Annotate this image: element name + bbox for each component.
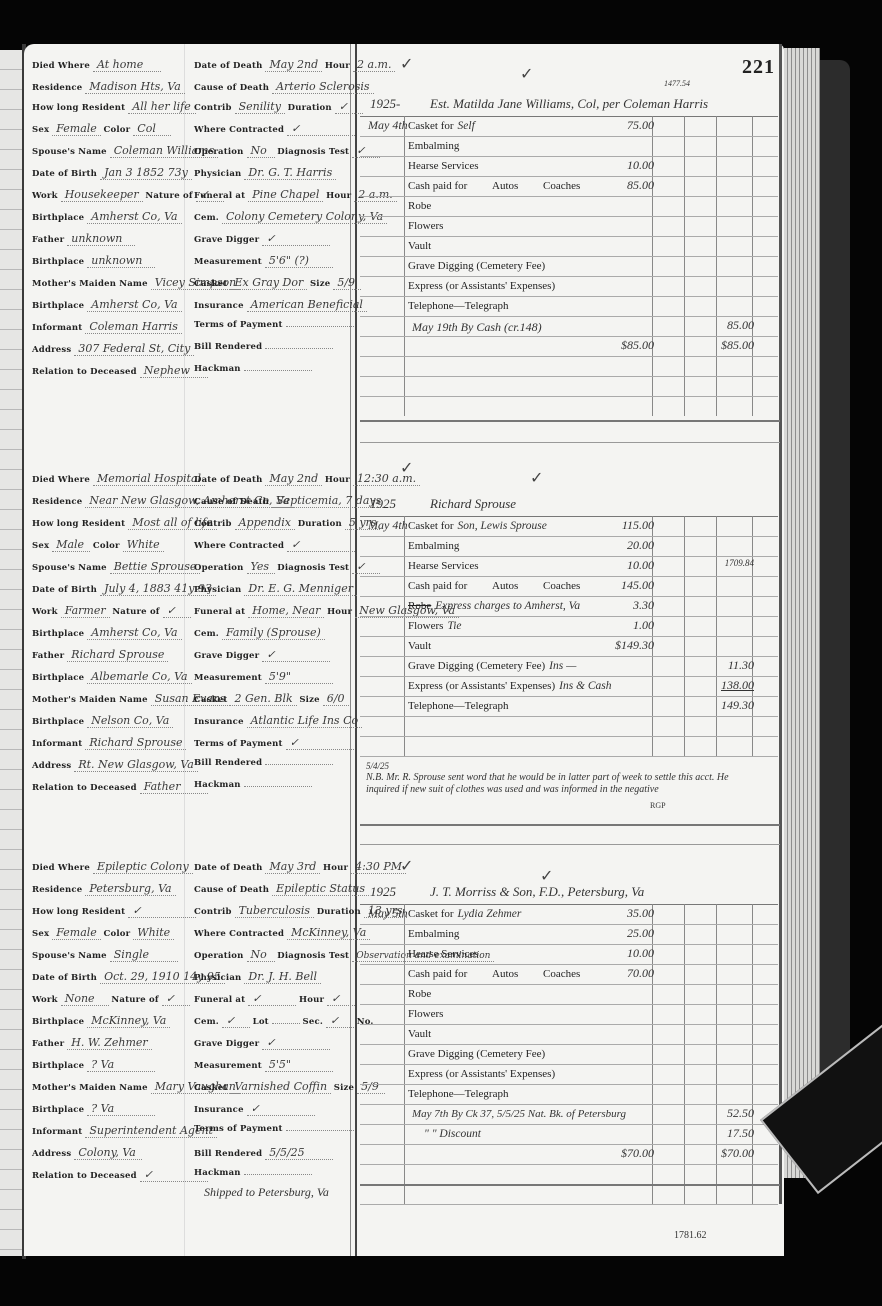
ledger-row-totals: $70.00$70.00 <box>360 1144 778 1165</box>
bill-rendered-field: Bill Rendered <box>194 342 333 352</box>
page-number: 221 <box>742 56 775 79</box>
ledger-row-payment: May 19th By Cash (cr.148)85.00 <box>360 316 778 337</box>
ledger-row-cash: Cash paid for Autos Coaches85.00 <box>360 176 778 197</box>
father-field: FatherH. W. Zehmer <box>32 1036 152 1050</box>
cause-field: Cause of DeathSepticemia, 7 days <box>194 494 385 508</box>
entry-separator <box>360 824 780 826</box>
measurement-field: Measurement5'5" <box>194 1058 333 1072</box>
checkmark-icon: ✓ <box>530 468 543 488</box>
ledger-row-vault: Vault$149.30 <box>360 636 778 657</box>
entry-separator <box>360 420 780 422</box>
ledger-row-embalming: Embalming <box>360 136 778 157</box>
informant-field: InformantRichard Sprouse <box>32 736 186 750</box>
ledger-title: 1925-Est. Matilda Jane Williams, Col, pe… <box>360 94 778 117</box>
died-where-field: Died WhereMemorial Hospital <box>32 472 205 486</box>
ledger-row-hearse: Hearse Services10.00 <box>360 156 778 177</box>
hackman-field: Hackman <box>194 364 312 374</box>
ledger-page: 221 1477.54 Died WhereAt home ResidenceM… <box>24 44 784 1256</box>
previous-page-edge <box>0 50 22 1256</box>
checkmark-icon: ✓ <box>400 856 413 876</box>
relation-field: Relation to DeceasedNephew <box>32 364 208 378</box>
where-contracted-field: Where Contracted✓ <box>194 122 355 136</box>
insurance-field: InsuranceAmerican Beneficial <box>194 298 367 312</box>
page-footer-total: 1781.62 <box>674 1230 707 1242</box>
ledger-row-telephone: Telephone—Telegraph <box>360 296 778 317</box>
ledger-row-discount: " " Discount17.50 <box>360 1124 778 1145</box>
spouse-field: Spouse's NameSingle <box>32 948 178 962</box>
informant-field: InformantSuperintendent Agent <box>32 1124 217 1138</box>
physician-field: PhysicianDr. G. T. Harris <box>194 166 336 180</box>
operation-field: OperationNo Diagnosis Test✓ <box>194 144 380 158</box>
entry-separator <box>360 1184 780 1186</box>
ledger-row-flowers: Flowers <box>360 1004 778 1025</box>
account-note: N.B. Mr. R. Sprouse sent word that he wo… <box>366 772 746 796</box>
cause-field: Cause of DeathArterio Sclerosis <box>194 80 374 94</box>
ledger-row-grave: Grave Digging (Cemetery Fee) <box>360 1044 778 1065</box>
ledger-account-3: ✓ ✓ 1925J. T. Morriss & Son, F.D., Peter… <box>360 872 778 1202</box>
how-long-field: How long ResidentMost all of life <box>32 516 217 530</box>
father-field: Fatherunknown <box>32 232 135 246</box>
grave-digger-field: Grave Digger✓ <box>194 232 330 246</box>
died-where-field: Died WhereAt home <box>32 58 161 72</box>
ledger-row-embalming: Embalming25.00 <box>360 924 778 945</box>
ledger-row-flowers: Flowers <box>360 216 778 237</box>
informant-field: InformantColeman Harris <box>32 320 182 334</box>
hackman-field: Hackman <box>194 1168 312 1178</box>
page-top-note: 1477.54 <box>664 78 690 90</box>
spouse-field: Spouse's NameBettie Sprouse <box>32 560 200 574</box>
terms-field: Terms of Payment <box>194 320 354 330</box>
ledger-row-robe: Robe <box>360 984 778 1005</box>
ledger-row-blank <box>360 716 778 737</box>
grave-digger-field: Grave Digger✓ <box>194 1036 330 1050</box>
sex-field: SexFemale ColorWhite <box>32 926 174 940</box>
ledger-row-robe: RobeExpress charges to Amherst, Va3.30 <box>360 596 778 617</box>
ledger-row-totals: $85.00$85.00 <box>360 336 778 357</box>
grave-digger-field: Grave Digger✓ <box>194 648 330 662</box>
dob-field: Date of BirthJuly 4, 1883 41y 93 <box>32 582 216 596</box>
ledger-row-telephone: Telephone—Telegraph <box>360 1084 778 1105</box>
entry-separator <box>360 844 780 845</box>
hackman-note: Shipped to Petersburg, Va <box>204 1186 329 1198</box>
note-initials: RGP <box>650 800 666 812</box>
ledger-row-cash: Cash paid for Autos Coaches70.00 <box>360 964 778 985</box>
operation-field: OperationYes Diagnosis Test✓ <box>194 560 380 574</box>
physician-field: PhysicianDr. J. H. Bell <box>194 970 321 984</box>
date-of-death-field: Date of DeathMay 2nd Hour2 a.m. <box>194 58 395 72</box>
bill-rendered-field: Bill Rendered <box>194 758 333 768</box>
work-field: WorkFarmer Nature of✓ <box>32 604 191 618</box>
mother-birthplace-field: Birthplace? Va <box>32 1102 155 1116</box>
ledger-row-blank <box>360 356 778 377</box>
ledger-row-telephone: Telephone—Telegraph149.30 <box>360 696 778 717</box>
how-long-field: How long Resident✓ <box>32 904 196 918</box>
measurement-field: Measurement5'9" <box>194 670 333 684</box>
ledger-row-payment: May 7th By Ck 37, 5/5/25 Nat. Bk. of Pet… <box>360 1104 778 1125</box>
checkmark-icon: ✓ <box>400 54 413 74</box>
ledger-row-cash: Cash paid for Autos Coaches145.00 <box>360 576 778 597</box>
dob-field: Date of BirthJan 3 1852 73y <box>32 166 192 180</box>
entry-separator <box>360 442 780 443</box>
ledger-row-vault: Vault <box>360 236 778 257</box>
address-field: AddressColony, Va <box>32 1146 142 1160</box>
ledger-row-grave: Grave Digging (Cemetery Fee) <box>360 256 778 277</box>
book-cover-edge <box>820 60 850 1170</box>
casket-field: CasketVarnished Coffin Size5/9 <box>194 1080 385 1094</box>
insurance-field: InsuranceAtlantic Life Ins Co <box>194 714 362 728</box>
father-birthplace-field: BirthplaceAlbemarle Co, Va <box>32 670 192 684</box>
where-contracted-field: Where ContractedMcKinney, Va <box>194 926 370 940</box>
ledger-title: 1925J. T. Morriss & Son, F.D., Petersbur… <box>360 882 778 905</box>
died-where-field: Died WhereEpileptic Colony <box>32 860 193 874</box>
sex-field: SexMale ColorWhite <box>32 538 164 552</box>
address-field: AddressRt. New Glasgow, Va <box>32 758 198 772</box>
casket-field: CasketEx Gray Dor Size5/9 <box>194 276 361 290</box>
bill-rendered-field: Bill Rendered5/5/25 <box>194 1146 333 1160</box>
ledger-row-hearse: Hearse Services10.001709.84 <box>360 556 778 577</box>
ledger-row-hearse: Hearse Services10.00 <box>360 944 778 965</box>
cause-field: Cause of DeathEpileptic Status <box>194 882 369 896</box>
ledger-row-grave: Grave Digging (Cemetery Fee)Ins —11.30 <box>360 656 778 677</box>
address-field: Address307 Federal St, City <box>32 342 194 356</box>
ledger-row-express: Express (or Assistants' Expenses) <box>360 276 778 297</box>
column-divider <box>350 44 351 1256</box>
ledger-row-flowers: FlowersTie1.00 <box>360 616 778 637</box>
cemetery-field: Cem.Family (Sprouse) <box>194 626 325 640</box>
physician-field: PhysicianDr. E. G. Menniger <box>194 582 357 596</box>
ledger-row-blank <box>360 1164 778 1185</box>
checkmark-icon: ✓ <box>400 458 413 478</box>
residence-field: ResidencePetersburg, Va <box>32 882 176 896</box>
mother-birthplace-field: BirthplaceNelson Co, Va <box>32 714 173 728</box>
ledger-account-2: ✓ ✓ 1925Richard Sprouse May 4thCasket fo… <box>360 484 778 814</box>
sex-field: SexFemale ColorCol <box>32 122 171 136</box>
ledger-row-casket: May 4thCasket forSelf75.00 <box>360 116 778 137</box>
ledger-row-blank <box>360 1184 778 1205</box>
ledger-row-robe: Robe <box>360 196 778 217</box>
checkmark-icon: ✓ <box>520 64 533 84</box>
ledger-row-casket: May 5thCasket forLydia Zehmer35.00 <box>360 904 778 925</box>
ledger-row-casket: May 4thCasket forSon, Lewis Sprouse115.0… <box>360 516 778 537</box>
ledger-row-blank <box>360 736 778 757</box>
father-birthplace-field: Birthplace? Va <box>32 1058 155 1072</box>
birthplace-field: BirthplaceAmherst Co, Va <box>32 626 182 640</box>
contrib-field: ContribAppendix Duration5 yrs <box>194 516 380 530</box>
how-long-field: How long ResidentAll her life <box>32 100 196 114</box>
mother-birthplace-field: BirthplaceAmherst Co, Va <box>32 298 182 312</box>
ledger-row-express: Express (or Assistants' Expenses)Ins & C… <box>360 676 778 697</box>
funeral-field: Funeral at✓ Hour✓ <box>194 992 355 1006</box>
note-date: 5/4/25 <box>366 760 389 772</box>
relation-field: Relation to DeceasedFather <box>32 780 208 794</box>
terms-field: Terms of Payment <box>194 1124 354 1134</box>
ledger-title: 1925Richard Sprouse <box>360 494 778 517</box>
father-birthplace-field: Birthplaceunknown <box>32 254 155 268</box>
spouse-field: Spouse's NameColeman Williams <box>32 144 218 158</box>
ledger-account-1: ✓ ✓ 1925-Est. Matilda Jane Williams, Col… <box>360 94 778 424</box>
form-center-rule <box>184 44 185 1256</box>
ledger-row-vault: Vault <box>360 1024 778 1045</box>
where-contracted-field: Where Contracted✓ <box>194 538 355 552</box>
insurance-field: Insurance✓ <box>194 1102 315 1116</box>
work-field: WorkNone Nature of✓ <box>32 992 190 1006</box>
birthplace-field: BirthplaceAmherst Co, Va <box>32 210 182 224</box>
relation-field: Relation to Deceased✓ <box>32 1168 208 1182</box>
father-field: FatherRichard Sprouse <box>32 648 168 662</box>
casket-field: Casket2 Gen. Blk Size6/0 <box>194 692 351 706</box>
measurement-field: Measurement5'6" (?) <box>194 254 333 268</box>
cemetery-field: Cem.Colony Cemetery Colony, Va <box>194 210 387 224</box>
column-divider-thick <box>355 44 357 1256</box>
ledger-row-blank <box>360 376 778 397</box>
ledger-row-embalming: Embalming20.00 <box>360 536 778 557</box>
hackman-field: Hackman <box>194 780 312 790</box>
contrib-field: ContribSenility Duration✓ <box>194 100 363 114</box>
ledger-row-express: Express (or Assistants' Expenses) <box>360 1064 778 1085</box>
page-edges <box>784 48 820 1178</box>
residence-field: ResidenceMadison Hts, Va <box>32 80 185 94</box>
birthplace-field: BirthplaceMcKinney, Va <box>32 1014 170 1028</box>
page-border <box>779 44 782 1204</box>
cemetery-field: Cem.✓ Lot Sec.✓ No. <box>194 1014 374 1028</box>
terms-field: Terms of Payment✓ <box>194 736 354 750</box>
